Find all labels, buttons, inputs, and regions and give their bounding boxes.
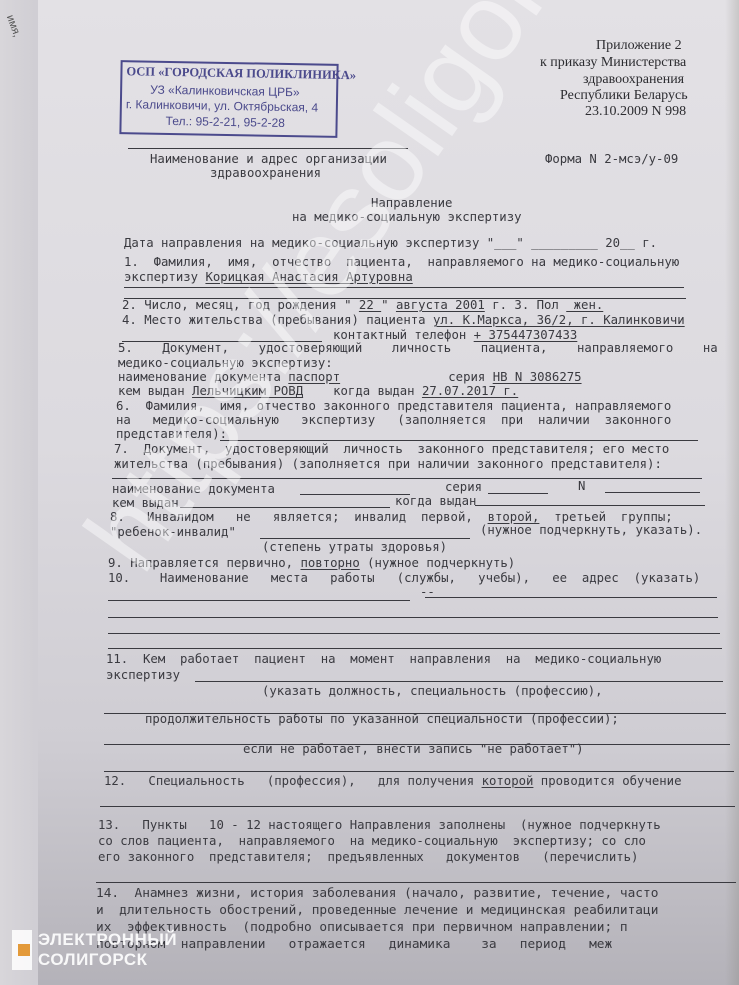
- rep-issuer-label: кем выдан: [112, 496, 179, 510]
- item-3-label: г. 3. Пол: [485, 298, 566, 312]
- item-8-label: 8. Инвалидом не является; инвалид первой…: [110, 510, 488, 524]
- document-subtitle: на медико-социальную экспертизу: [292, 210, 522, 224]
- rep-series-label: серия: [445, 480, 482, 494]
- appendix-line: здравоохранения: [583, 72, 684, 88]
- stamp-line: Тел.: 95-2-21, 95-2-28: [165, 114, 285, 130]
- item-13-label-cont: со слов пациента, направляемого на медик…: [98, 834, 646, 848]
- item-7-label: 7. Документ, удостоверяющий личность зак…: [114, 442, 669, 456]
- doc-series-value: НВ N 3086275: [493, 370, 582, 384]
- appendix-line: Республики Беларусь: [560, 88, 688, 104]
- fill-line: [108, 617, 718, 618]
- item-8-line1: 8. Инвалидом не является; инвалид первой…: [110, 510, 673, 524]
- form-number: Форма N 2-мсэ/у-09: [545, 152, 678, 166]
- item-14-label: 14. Анамнез жизни, история заболевания (…: [96, 886, 658, 901]
- fill-line: [108, 633, 720, 634]
- referral-type-selected: повторно: [301, 556, 360, 570]
- phone-value: + 375447307433: [474, 328, 578, 342]
- item-5-issuer-line: кем выдан Лельчицким РОВДкогда выдан 27.…: [118, 384, 518, 398]
- logo-text: ЭЛЕКТРОННЫЙ СОЛИГОРСК: [38, 930, 177, 970]
- stamp-line: г. Калинковичи, ул. Октябрьская, 4: [126, 97, 318, 114]
- stamp-line: УЗ «Калинковичская ЦРБ»: [150, 83, 300, 100]
- rep-number-label: N: [578, 479, 585, 493]
- item-1-line2: экспертизу Корицкая Анастасия Артуровна: [124, 270, 413, 284]
- item-11-label-cont: экспертизу: [106, 668, 180, 682]
- fill-line: [488, 493, 548, 494]
- item-12-label-cont: проводится обучение: [533, 774, 681, 788]
- fill-line: [108, 648, 722, 649]
- item-2-quote: ": [381, 298, 396, 312]
- fill-line: [260, 538, 470, 539]
- document-title: Направление: [371, 196, 452, 210]
- item-6-label-cont: представителя):: [116, 427, 227, 441]
- item-11-caption: если не работает, внести запись "не рабо…: [243, 742, 584, 756]
- phone-label: контактный телефон: [333, 328, 474, 342]
- disability-group-selected: второй,: [488, 510, 540, 524]
- fill-line: [195, 681, 723, 682]
- patient-name-value: Корицкая Анастасия Артуровна: [205, 270, 412, 284]
- item-9-line: 9. Направляется первично, повторно (нужн…: [108, 556, 515, 570]
- doc-name-value: паспорт: [288, 370, 438, 384]
- site-logo: ЭЛЕКТРОННЫЙ СОЛИГОРСК: [12, 930, 177, 970]
- org-caption: Наименование и адрес организации: [150, 152, 387, 166]
- item-12-line: 12. Специальность (профессия), для получ…: [104, 774, 681, 788]
- organization-stamp: ОСП «ГОРОДСКАЯ ПОЛИКЛИНИКА» УЗ «Калинков…: [119, 60, 338, 138]
- sex-value: жен.: [566, 298, 603, 312]
- item-6-label-cont: на медико-социальную экспертизу (заполня…: [116, 413, 671, 427]
- org-name-line: [128, 148, 408, 149]
- fill-line: [100, 806, 735, 807]
- item-13-label: 13. Пункты 10 - 12 настоящего Направлени…: [98, 818, 661, 832]
- appendix-line: к приказу Министерства: [540, 55, 686, 71]
- birth-month-year-value: августа 2001: [396, 298, 485, 312]
- item-7-label-cont: жительства (пребывания) (заполняется при…: [114, 457, 662, 471]
- item-11-label: 11. Кем работает пациент на момент напра…: [106, 652, 661, 666]
- appendix-line: 23.10.2009 N 998: [585, 104, 686, 120]
- item-9-label: 9. Направляется первично,: [108, 556, 301, 570]
- item-2-label: 2. Число, месяц, год рождения ": [122, 298, 359, 312]
- item-12-label: 12. Специальность (профессия), для получ…: [104, 774, 482, 788]
- logo-e-icon: [12, 930, 32, 970]
- issuer-label: кем выдан: [118, 384, 192, 398]
- doc-series-label: серия: [448, 370, 492, 384]
- fill-line: [108, 600, 410, 601]
- item-13-label-cont: его законного представителя; предъявленн…: [98, 850, 638, 864]
- item-11-caption: (указать должность, специальность (профе…: [262, 684, 603, 698]
- item-1-label: 1. Фамилия, имя, отчество пациента, напр…: [124, 255, 679, 269]
- fill-line: [180, 507, 390, 508]
- background-surface: имя,: [0, 0, 40, 985]
- issue-date-label: когда выдан: [333, 384, 422, 398]
- fill-line: [124, 287, 684, 288]
- logo-line: СОЛИГОРСК: [38, 950, 177, 970]
- stamp-line: ОСП «ГОРОДСКАЯ ПОЛИКЛИНИКА»: [126, 64, 356, 83]
- item-5-label-cont: медико-социальную экспертизу:: [118, 356, 333, 370]
- item-4-line: 4. Место жительства (пребывания) пациент…: [122, 313, 685, 327]
- item-1-label-cont: экспертизу: [124, 270, 205, 284]
- item-10-label: 10. Наименование места работы (службы, у…: [108, 571, 700, 585]
- item-5-label: 5. Документ, удостоверяющий личность пац…: [118, 341, 718, 355]
- item-8-hint: (нужное подчеркнуть, указать).: [480, 523, 702, 537]
- fill-line: [96, 882, 736, 883]
- appendix-line: Приложение 2: [596, 38, 682, 54]
- address-value: ул. К.Маркса, 36/2, г. Калинковичи: [433, 313, 685, 327]
- item-4-label: 4. Место жительства (пребывания) пациент…: [122, 313, 433, 327]
- rep-doc-name-label: наименование документа: [112, 482, 275, 496]
- issue-date-value: 27.07.2017 г.: [422, 384, 518, 398]
- item-14-label-cont: и длительность обострений, проведенные л…: [96, 903, 658, 918]
- fill-line: [475, 505, 705, 506]
- fill-line: [220, 440, 698, 441]
- rep-issue-date-label: когда выдан: [395, 494, 476, 508]
- phone-line: контактный телефон + 375447307433: [333, 328, 577, 342]
- item-8-caption: (степень утраты здоровья): [262, 540, 447, 554]
- fill-line: [605, 492, 700, 493]
- background-paper-scrap: имя,: [4, 13, 23, 38]
- org-caption: здравоохранения: [210, 166, 321, 180]
- fill-line: [300, 494, 410, 495]
- doc-name-label: наименование документа: [118, 370, 288, 384]
- fill-line: [112, 478, 702, 479]
- paper-edge-shadow: [725, 0, 739, 985]
- item-5-doc-line: наименование документа паспортсерия НВ N…: [118, 370, 582, 384]
- item-9-hint: (нужное подчеркнуть): [360, 556, 515, 570]
- fill-line: [104, 771, 734, 772]
- logo-line: ЭЛЕКТРОННЫЙ: [38, 930, 177, 950]
- item-6-label: 6. Фамилия, имя, отчество законного пред…: [116, 399, 671, 413]
- item-12-underlined: которой: [482, 774, 534, 788]
- birth-day-value: 22: [359, 298, 381, 312]
- item-8-label-cont: третьей группы;: [539, 510, 672, 524]
- referral-date-field: Дата направления на медико-социальную эк…: [124, 236, 657, 250]
- issuer-value: Лельчицким РОВД: [192, 384, 303, 398]
- item-8-child-label: "ребенок-инвалид": [110, 525, 236, 539]
- item-11-caption: продолжительность работы по указанной сп…: [145, 712, 619, 726]
- fill-line: [425, 597, 717, 598]
- item-2-3-line: 2. Число, месяц, год рождения " 22 " авг…: [122, 298, 603, 312]
